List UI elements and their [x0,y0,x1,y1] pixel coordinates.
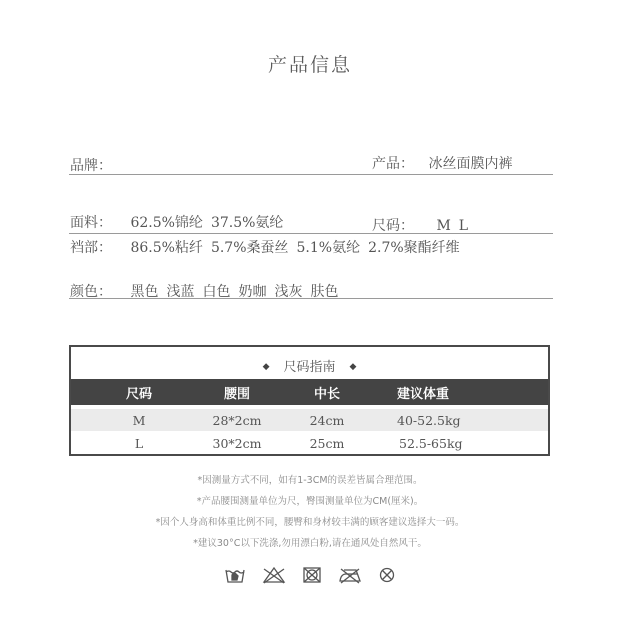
cell-length: 24cm [277,409,377,431]
brand-label: 品牌： [70,158,112,174]
diamond-icon: ◆ [263,362,270,372]
fabric-value: 62.5%锦纶 [130,215,202,231]
do-not-iron-icon [338,566,362,584]
size-values: ML [436,218,476,234]
header-size: 尺码 [89,379,189,405]
table-header: 尺码 腰围 中长 建议体重 [71,379,548,405]
crotch-value: 5.1%氨纶 [297,240,361,256]
header-length: 中长 [277,379,377,405]
crotch-value: 5.7%桑蚕丝 [211,240,289,256]
crotch-value: 86.5%粘纤 [130,240,202,256]
size-guide-table: ◆尺码指南◆ 尺码 腰围 中长 建议体重 M 28*2cm 24cm 40-52… [69,345,550,456]
divider [69,174,553,175]
size-value: M [436,218,450,234]
note: *建议30°C以下洗涤,勿用漂白粉,请在通风处自然风干。 [0,535,620,549]
table-row: L 30*2cm 25cm 52.5-65kg [71,432,548,454]
cell-weight: 40-52.5kg [371,409,491,431]
note: *产品腰围测量单位为尺，臀围测量单位为CM(厘米)。 [0,493,620,507]
product-label: 产品： [372,156,414,172]
brand-field: 品牌： [70,155,126,175]
cell-length: 25cm [277,432,377,454]
crotch-field: 裆部： 86.5%粘纤5.7%桑蚕丝5.1%氨纶2.7%聚酯纤维 [70,237,468,257]
do-not-tumble-dry-icon [302,566,322,584]
size-guide-caption: ◆尺码指南◆ [71,356,548,375]
care-icons [224,566,396,584]
size-value: L [459,218,468,234]
fabric-label: 面料： [70,215,112,231]
crotch-label: 裆部： [70,240,112,256]
size-label: 尺码： [372,218,414,234]
do-not-bleach-icon [262,566,286,584]
page-title: 产品信息 [0,50,620,77]
note: *因测量方式不同，如有1-3CM的误差皆属合理范围。 [0,472,620,486]
cell-size: M [89,409,189,431]
product-field: 产品： 冰丝面膜内裤 [372,153,512,173]
cell-size: L [89,432,189,454]
note: *因个人身高和体重比例不同，腰臀和身材较丰满的顾客建议选择大一码。 [0,514,620,528]
hand-wash-icon [224,566,246,584]
product-value: 冰丝面膜内裤 [428,156,512,172]
header-weight: 建议体重 [371,379,491,405]
crotch-values: 86.5%粘纤5.7%桑蚕丝5.1%氨纶2.7%聚酯纤维 [130,240,467,256]
divider [69,298,553,299]
size-guide-title: 尺码指南 [283,360,335,375]
do-not-dry-clean-icon [378,566,396,584]
divider [69,233,553,234]
diamond-icon: ◆ [350,362,357,372]
size-field: 尺码： ML [372,215,476,235]
cell-weight: 52.5-65kg [371,432,491,454]
fabric-values: 62.5%锦纶37.5%氨纶 [130,215,291,231]
crotch-value: 2.7%聚酯纤维 [368,240,460,256]
fabric-value: 37.5%氨纶 [211,215,283,231]
table-row: M 28*2cm 24cm 40-52.5kg [71,409,548,431]
fabric-field: 面料： 62.5%锦纶37.5%氨纶 [70,212,291,232]
